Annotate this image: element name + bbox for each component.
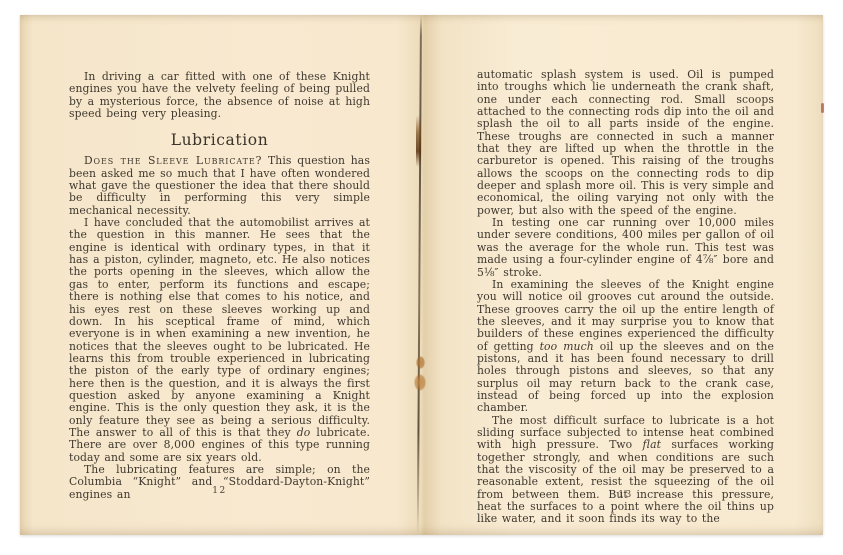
text-segment-italic: flat [642,438,661,451]
text-segment: surfaces working together strongly, and … [477,438,774,525]
gutter-stain [416,115,421,167]
right-page-text-column: automatic splash system is used. Oil is … [477,69,774,526]
section-heading: Lubrication [69,132,370,149]
paragraph: automatic splash system is used. Oil is … [477,69,774,217]
paragraph: In examining the sleeves of the Knight e… [477,279,774,415]
foxing-spot [416,356,425,369]
page-number-right: 13 [477,490,774,500]
paragraph: In driving a car fitted with one of thes… [69,71,370,120]
paragraph: In testing one car running over 10,000 m… [477,217,774,279]
book-gutter-line [417,15,422,535]
text-segment-italic: too much [540,340,594,353]
text-segment: In testing one car running over 10,000 m… [477,216,774,278]
page-edge-mark [821,103,824,113]
text-segment: I have concluded that the automobilist a… [69,216,370,439]
screenshot-root: In driving a car fitted with one of thes… [0,0,843,555]
paragraph: I have concluded that the automobilist a… [69,217,370,464]
paragraph: Does the Sleeve Lubricate? This question… [69,155,370,217]
left-page-text-column: In driving a car fitted with one of thes… [69,71,370,501]
text-segment: In driving a car fitted with one of thes… [69,70,370,120]
text-segment-italic: do [297,426,311,439]
text-segment-smallcaps: Does the Sleeve Lubricate? [84,154,262,167]
paragraph: The most difficult surface to lubricate … [477,415,774,526]
foxing-spot [414,374,426,391]
page-number-left: 12 [69,486,370,496]
book-scan: In driving a car fitted with one of thes… [20,15,823,535]
text-segment: automatic splash system is used. Oil is … [477,68,774,217]
